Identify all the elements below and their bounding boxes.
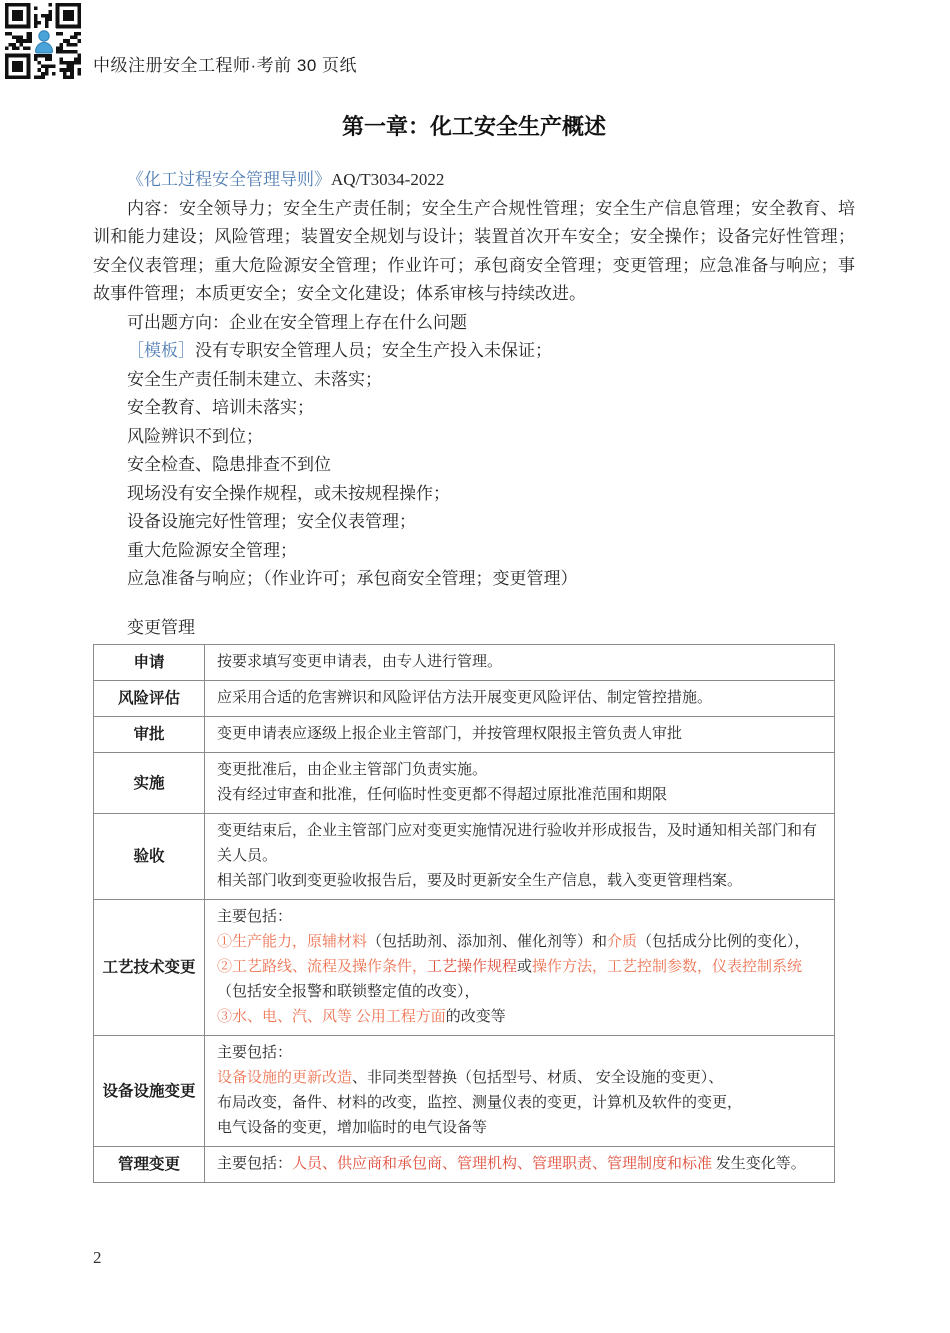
table-row: 验收变更结束后，企业主管部门应对变更实施情况进行验收并形成报告，及时通知相关部门… (94, 814, 835, 900)
text-segment: 内容：安全领导力；安全生产责任制；安全生产合规性管理；安全生产信息管理；安全教育… (93, 199, 855, 304)
row-content: 按要求填写变更申请表，由专人进行管理。 (205, 645, 835, 681)
cell-line: 没有经过审查和批准，任何临时性变更都不得超过原批准范围和期限 (217, 783, 824, 808)
text-segment: 主要包括： (217, 1045, 292, 1061)
paragraph: 风险辨识不到位； (93, 423, 855, 452)
text-segment: 应采用合适的危害辨识和风险评估方法开展变更风险评估、制定管控措施。 (217, 690, 712, 706)
text-segment: 或 (517, 959, 532, 975)
paragraph: 现场没有安全操作规程，或未按规程操作； (93, 480, 855, 509)
text-segment: 现场没有安全操作规程，或未按规程操作； (127, 484, 450, 503)
cell-line: 变更批准后，由企业主管部门负责实施。 (217, 758, 824, 783)
cell-line: 按要求填写变更申请表，由专人进行管理。 (217, 650, 824, 675)
paragraph-list: 《化工过程安全管理导则》AQ/T3034-2022内容：安全领导力；安全生产责任… (93, 166, 855, 594)
row-label: 风险评估 (94, 681, 205, 717)
text-segment: ［模板］ (127, 341, 195, 360)
row-content: 变更批准后，由企业主管部门负责实施。没有经过审查和批准，任何临时性变更都不得超过… (205, 753, 835, 814)
text-segment: 设备设施完好性管理；安全仪表管理； (127, 512, 416, 531)
text-segment: 相关部门收到变更验收报告后，要及时更新安全生产信息，载入变更管理档案。 (217, 873, 742, 889)
text-segment: ①生产能力，原辅材料 (217, 934, 367, 950)
table-row: 审批变更申请表应逐级上报企业主管部门，并按管理权限报主管负责人审批 (94, 717, 835, 753)
cell-line: 主要包括： (217, 1041, 824, 1066)
table-row: 管理变更主要包括：人员、供应商和承包商、管理机构、管理职责、管理制度和标准 发生… (94, 1147, 835, 1183)
text-segment: 介质 (607, 934, 637, 950)
text-segment: 设备设施的更新改造 (217, 1070, 352, 1086)
text-segment: 变更批准后，由企业主管部门负责实施。 (217, 762, 487, 778)
cell-line: 变更申请表应逐级上报企业主管部门，并按管理权限报主管负责人审批 (217, 722, 824, 747)
text-segment: 风险辨识不到位； (127, 427, 263, 446)
row-label: 审批 (94, 717, 205, 753)
table-row: 工艺技术变更主要包括：①生产能力，原辅材料（包括助剂、添加剂、催化剂等）和介质（… (94, 900, 835, 1036)
paragraph: 安全教育、培训未落实； (93, 394, 855, 423)
header-brand-text: 中级注册安全工程师·考前 30 页纸 (93, 51, 357, 76)
row-label: 实施 (94, 753, 205, 814)
text-segment: （包括成分比例的变化）， (637, 934, 810, 950)
cell-line: 应采用合适的危害辨识和风险评估方法开展变更风险评估、制定管控措施。 (217, 686, 824, 711)
text-segment: 电气设备的变更，增加临时的电气设备等 (217, 1120, 487, 1136)
row-label: 申请 (94, 645, 205, 681)
text-segment: 人员、供应商和承包商、管理机构、管理职责、管理制度和标准 (292, 1156, 712, 1172)
cell-line: 布局改变，备件、材料的改变，监控、测量仪表的变更，计算机及软件的变更， (217, 1091, 824, 1116)
text-segment: 安全检查、隐患排查不到位 (127, 455, 331, 474)
paragraph: 内容：安全领导力；安全生产责任制；安全生产合规性管理；安全生产信息管理；安全教育… (93, 195, 855, 309)
cell-line: 主要包括：人员、供应商和承包商、管理机构、管理职责、管理制度和标准 发生变化等。 (217, 1152, 824, 1177)
row-label: 工艺技术变更 (94, 900, 205, 1036)
cell-line: 相关部门收到变更验收报告后，要及时更新安全生产信息，载入变更管理档案。 (217, 869, 824, 894)
cell-line: ②工艺路线、流程及操作条件，工艺操作规程或操作方法，工艺控制参数，仪表控制系统（… (217, 955, 824, 1005)
row-content: 主要包括：①生产能力，原辅材料（包括助剂、添加剂、催化剂等）和介质（包括成分比例… (205, 900, 835, 1036)
text-segment: 变更申请表应逐级上报企业主管部门，并按管理权限报主管负责人审批 (217, 726, 682, 742)
table-row: 设备设施变更主要包括：设备设施的更新改造、非同类型替换（包括型号、材质、 安全设… (94, 1036, 835, 1147)
row-content: 应采用合适的危害辨识和风险评估方法开展变更风险评估、制定管控措施。 (205, 681, 835, 717)
row-content: 主要包括：人员、供应商和承包商、管理机构、管理职责、管理制度和标准 发生变化等。 (205, 1147, 835, 1183)
main-content: 第一章：化工安全生产概述 《化工过程安全管理导则》AQ/T3034-2022内容… (93, 112, 855, 1183)
table-row: 风险评估应采用合适的危害辨识和风险评估方法开展变更风险评估、制定管控措施。 (94, 681, 835, 717)
row-content: 主要包括：设备设施的更新改造、非同类型替换（包括型号、材质、 安全设施的变更）、… (205, 1036, 835, 1147)
row-label: 设备设施变更 (94, 1036, 205, 1147)
paragraph: 重大危险源安全管理； (93, 537, 855, 566)
text-segment: （包括助剂、添加剂、催化剂等）和 (367, 934, 607, 950)
text-segment: 《化工过程安全管理导则》 (127, 170, 331, 189)
text-segment: 、非同类型替换（包括型号、材质、 安全设施的变更）、 (352, 1070, 723, 1086)
table-row: 实施变更批准后，由企业主管部门负责实施。没有经过审查和批准，任何临时性变更都不得… (94, 753, 835, 814)
cell-line: 电气设备的变更，增加临时的电气设备等 (217, 1116, 824, 1141)
qr-code (5, 3, 81, 79)
text-segment: AQ/T3034-2022 (331, 170, 444, 189)
text-segment: 变更结束后，企业主管部门应对变更实施情况进行验收并形成报告，及时通知相关部门和有… (217, 823, 817, 864)
text-segment: 重大危险源安全管理； (127, 541, 297, 560)
text-segment: ②工艺路线、流程及操作条件， (217, 959, 427, 975)
paragraph: 可出题方向：企业在安全管理上存在什么问题 (93, 309, 855, 338)
person-avatar-icon (32, 28, 56, 54)
paragraph: 设备设施完好性管理；安全仪表管理； (93, 508, 855, 537)
cell-line: 主要包括： (217, 905, 824, 930)
row-label: 管理变更 (94, 1147, 205, 1183)
row-label: 验收 (94, 814, 205, 900)
text-segment: 的改变等 (446, 1009, 506, 1025)
cell-line: ①生产能力，原辅材料（包括助剂、添加剂、催化剂等）和介质（包括成分比例的变化）， (217, 930, 824, 955)
text-segment: ③水、电、汽、风等 公用工程方面 (217, 1009, 446, 1025)
text-segment: 发生变化等。 (712, 1156, 806, 1172)
page-number: 2 (93, 1248, 102, 1268)
row-content: 变更结束后，企业主管部门应对变更实施情况进行验收并形成报告，及时通知相关部门和有… (205, 814, 835, 900)
text-segment: 操作方法，工艺控制参数，仪表控制系统 (532, 959, 802, 975)
text-segment: 主要包括： (217, 909, 292, 925)
text-segment: 按要求填写变更申请表，由专人进行管理。 (217, 654, 502, 670)
text-segment: （包括安全报警和联锁整定值的改变）， (217, 984, 480, 1000)
paragraph: 安全生产责任制未建立、未落实； (93, 366, 855, 395)
text-segment: 主要包括： (217, 1156, 292, 1172)
text-segment: 工艺操作规程 (427, 959, 517, 975)
text-segment: 可出题方向：企业在安全管理上存在什么问题 (127, 313, 467, 332)
row-content: 变更申请表应逐级上报企业主管部门，并按管理权限报主管负责人审批 (205, 717, 835, 753)
text-segment: 安全教育、培训未落实； (127, 398, 314, 417)
text-segment: 安全生产责任制未建立、未落实； (127, 370, 382, 389)
cell-line: ③水、电、汽、风等 公用工程方面的改变等 (217, 1005, 824, 1030)
cell-line: 变更结束后，企业主管部门应对变更实施情况进行验收并形成报告，及时通知相关部门和有… (217, 819, 824, 869)
chapter-title: 第一章：化工安全生产概述 (93, 112, 855, 142)
text-segment: 布局改变，备件、材料的改变，监控、测量仪表的变更，计算机及软件的变更， (217, 1095, 742, 1111)
text-segment: 没有专职安全管理人员；安全生产投入未保证； (195, 341, 552, 360)
paragraph: 《化工过程安全管理导则》AQ/T3034-2022 (93, 166, 855, 195)
table-body: 申请按要求填写变更申请表，由专人进行管理。风险评估应采用合适的危害辨识和风险评估… (94, 645, 835, 1183)
paragraph: ［模板］没有专职安全管理人员；安全生产投入未保证； (93, 337, 855, 366)
paragraph: 应急准备与响应；（作业许可；承包商安全管理；变更管理） (93, 565, 855, 594)
document-page: 中级注册安全工程师·考前 30 页纸 第一章：化工安全生产概述 《化工过程安全管… (0, 0, 950, 1333)
text-segment: 没有经过审查和批准，任何临时性变更都不得超过原批准范围和期限 (217, 787, 667, 803)
change-management-table: 申请按要求填写变更申请表，由专人进行管理。风险评估应采用合适的危害辨识和风险评估… (93, 644, 835, 1183)
table-row: 申请按要求填写变更申请表，由专人进行管理。 (94, 645, 835, 681)
text-segment: 应急准备与响应；（作业许可；承包商安全管理；变更管理） (127, 569, 578, 588)
paragraph: 安全检查、隐患排查不到位 (93, 451, 855, 480)
section-title: 变更管理 (93, 614, 855, 643)
cell-line: 设备设施的更新改造、非同类型替换（包括型号、材质、 安全设施的变更）、 (217, 1066, 824, 1091)
